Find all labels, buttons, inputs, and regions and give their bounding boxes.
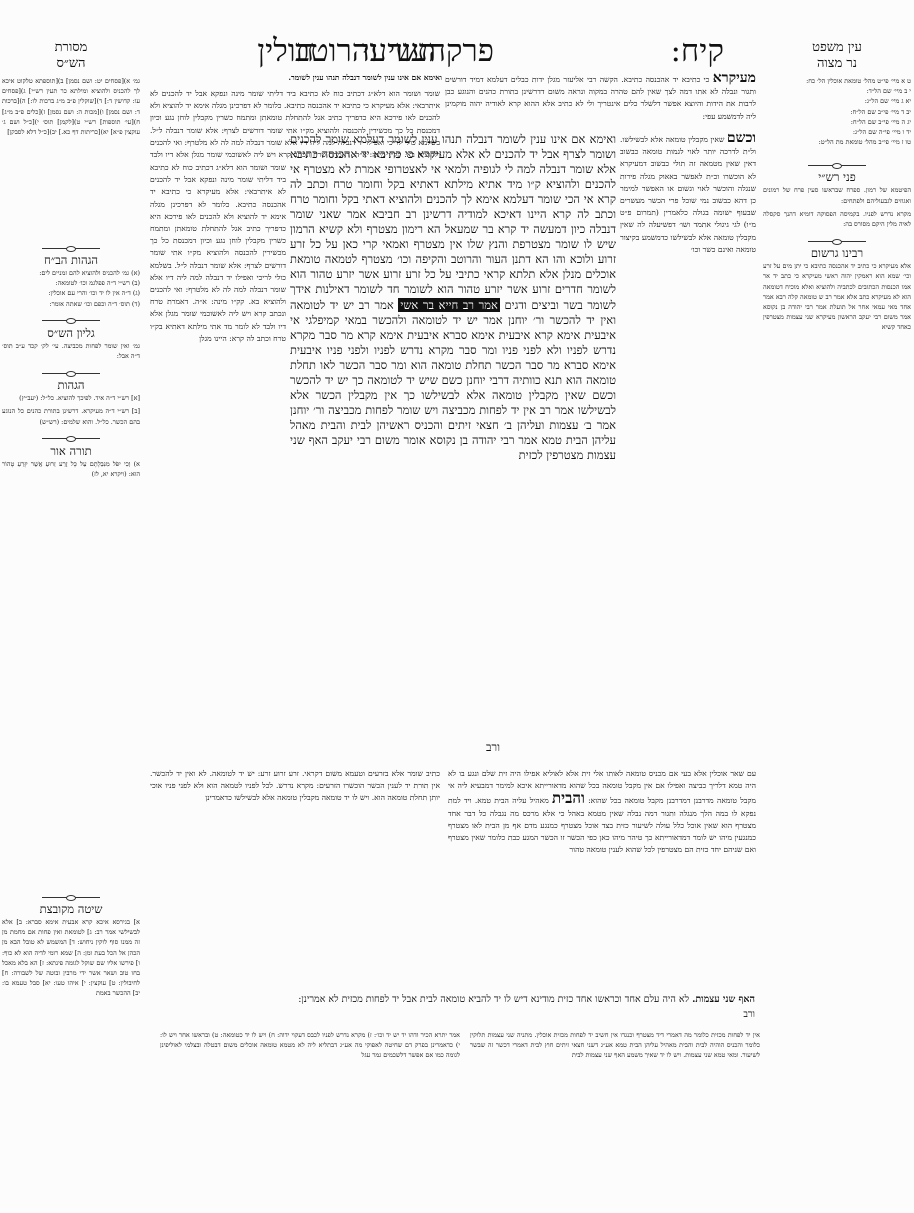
shita-mekubetzet-text: א] בגירסא איכא קרא אבעית אימא סברא: ב] א… <box>2 917 140 1017</box>
ner-mitzvah-title: נר מצוה <box>763 56 911 72</box>
shita-mekubetzet-title: שיטה מקובצת <box>2 901 140 917</box>
tosafot-top-line: ואימא אם אינו ענין לשומר דנבלה תנהו ענין… <box>150 72 442 88</box>
ein-mishpat-entry: יג ה מיי׳ פי״ב שם הל״ח: <box>763 117 911 127</box>
rashi-final-bold: האף שני עצמות. <box>692 994 755 1005</box>
ornament-divider-icon <box>2 435 140 443</box>
rabbeinu-gershom-text: אלא מעיקרא כי כתיב יד אהכנסה כתיבא כי ית… <box>763 261 911 941</box>
tractate-name: חולין <box>257 34 314 68</box>
mesoret-title: מסורת <box>2 40 140 56</box>
pnei-rashi-title: פני רש״י <box>763 169 911 185</box>
right-margin: עין משפט נר מצוה ט א מיי׳ פי״ט מהל׳ טומא… <box>763 40 911 941</box>
gemara-catchword: ורב <box>410 740 500 755</box>
gilyon-hashas-text: גמ׳ ואין שומר לפחות מכביצה. עי׳ לק׳ קכד … <box>2 341 140 361</box>
hagahot-entry: [א] רש״י ד״ה איד. לפיכך להוציא. כל״ל: (י… <box>2 393 140 403</box>
gemara-paragraph: אמר רב יש יד לטומאה ואין יד להכשר ור׳ יו… <box>290 298 616 462</box>
hagahot-habach-entry: (ב) רש״י ד״ה פפלגמ וכו׳ לטומאה: <box>2 278 140 288</box>
ornament-divider-icon <box>2 369 140 377</box>
ein-mishpat-entry: יד ו מיי׳ פי״ה שם הל״ג: <box>763 127 911 137</box>
tosafot-dibur-hamatchil: ואימא אם אינו ענין לשומר דנבלה תנהו ענין… <box>288 73 442 82</box>
rabbeinu-gershom-title: רבינו גרשום <box>763 245 911 261</box>
tosafot-text-continued: שומר ושומר הוא דלא״ג דכתיב כוח לא כתיבא … <box>150 163 286 343</box>
ein-mishpat-entry: יא ג מיי׳ שם הל״ג: <box>763 96 911 106</box>
tosafot-column-side: שומר ושומר הוא דלא״ג דכתיב כוח לא כתיבא … <box>150 162 286 766</box>
rashi-bottom: עם שאר אוכלין אלא בעי אם מכניס טומאה לאו… <box>448 768 756 986</box>
rashi-bottom-lead: והבית <box>552 789 585 807</box>
ornament-divider-icon <box>2 244 140 252</box>
hagahot-entry: [ב] רש״י ד״ה מעיקרא. דרשינן בתורת כהנים … <box>2 406 140 426</box>
torah-or-text: א) וְכִי יִפֹּל מִנִּבְלָתָם עַל כָּל זֶ… <box>2 459 140 479</box>
gemara-paragraph: ואימא אם אינו ענין לשומר דנבלה תנהו ענין… <box>290 132 616 251</box>
hagahot-habach-entry: (ג) ד״ה אין לו יד וכו׳ והרי עם אוכלין: <box>2 288 140 298</box>
hagahot-title: הגהות <box>2 377 140 393</box>
ornament-divider-icon <box>763 237 911 245</box>
tosafot-bottom: כתיב שומר אלא בזרעים וטעמא משום דקראי. ז… <box>150 768 440 986</box>
rashi-final-tail: ורב <box>743 1009 755 1020</box>
footnotes-right: אין יד לפחות מכזית כלומר מה דאמרי דיד מצ… <box>470 1030 760 1060</box>
daf-number: קיח: <box>670 34 724 68</box>
hagahot-habach-entry: (א) גמ׳ להכניס ולהוציא להם זמניים לים: <box>2 268 140 278</box>
ein-mishpat-list: ט א מיי׳ פי״ט מהל׳ טומאת אוכלין הל׳ כח: … <box>763 76 911 147</box>
chapter-label: פרק תשיעי <box>361 34 494 68</box>
left-margin: מסורת הש״ס גמ׳ א)[פסחים יט: ושם נסמן] ב)… <box>2 40 140 479</box>
rashi-text: כי כתיבא יד אהכנסה כתיבא. הקשה רבי אליעז… <box>445 75 756 121</box>
ein-mishpat-entry: י ב מיי׳ שם הל״ד: <box>763 86 911 96</box>
pnei-rashi-entry: מקרא נדרש לפניו. בקמיסה הפסוקה דומיא דהנ… <box>763 209 911 229</box>
ein-mishpat-entry: יב ד מיי׳ פי״ב שם הל״ח: <box>763 107 911 117</box>
torah-or-title: תורה אור <box>2 443 140 459</box>
rashi-text-mid: שאין מקבלין טומאה אלא לבשילשו. ול״ת לדרכ… <box>620 135 756 254</box>
ornament-divider-icon <box>2 317 140 325</box>
highlighted-phrase[interactable]: אמר רב חייא בר אשי <box>398 298 499 312</box>
rashi-column-side: וכשם שאין מקבלין טומאה אלא לבשילשו. ול״ת… <box>620 132 756 652</box>
ornament-divider-icon <box>763 161 911 169</box>
rashi-column-top: מעיקרא כי כתיבא יד אהכנסה כתיבא. הקשה רב… <box>445 72 756 132</box>
gilyon-hashas-title: גליון הש״ס <box>2 325 140 341</box>
ornament-divider-icon <box>2 893 140 901</box>
gemara-text: ואימא אם אינו ענין לשומר דנבלה תנהו ענין… <box>290 132 616 722</box>
rashi-final-text: לא היה עלם אחד וכראשו אחד כזית מודינא די… <box>298 994 689 1005</box>
tosafot-bottom-text: כתיב שומר אלא בזרעים וטעמא משום דקראי. ז… <box>150 769 440 802</box>
pnei-rashi-entry: הפיטמא של רמון. ספרח שבראשו סעין פרח של … <box>763 185 911 205</box>
ein-mishpat-entry: טו ז מיי׳ פי״ב מהל׳ טומאת מת הל״ט: <box>763 137 911 147</box>
hagahot-habach-entry: (ד) תוס׳ ד״ה וכפם וכו׳ שאתה אומר: <box>2 299 140 309</box>
mesoret-text: גמ׳ א)[פסחים יט: ושם נסמן] ב)[תוספתא טלק… <box>2 76 140 244</box>
hashas-title: הש״ס <box>2 56 140 72</box>
shita-mekubetzet: שיטה מקובצת א] בגירסא איכא קרא אבעית אימ… <box>2 893 140 1017</box>
rashi-lead-word-2: וכשם <box>727 132 756 146</box>
rashi-lead-word: מעיקרא <box>713 72 756 86</box>
ein-mishpat-title: עין משפט <box>763 40 911 56</box>
footnotes-left: אמר יתרא הכיר ודהו יד יש יד וכו׳: ז) מקר… <box>160 1030 460 1060</box>
rashi-final-line: האף שני עצמות. לא היה עלם אחד וכראשו אחד… <box>175 992 755 1022</box>
hagahot-habach-title: הגהות הב״ח <box>2 252 140 268</box>
ein-mishpat-entry: ט א מיי׳ פי״ט מהל׳ טומאת אוכלין הל׳ כח: <box>763 76 911 86</box>
